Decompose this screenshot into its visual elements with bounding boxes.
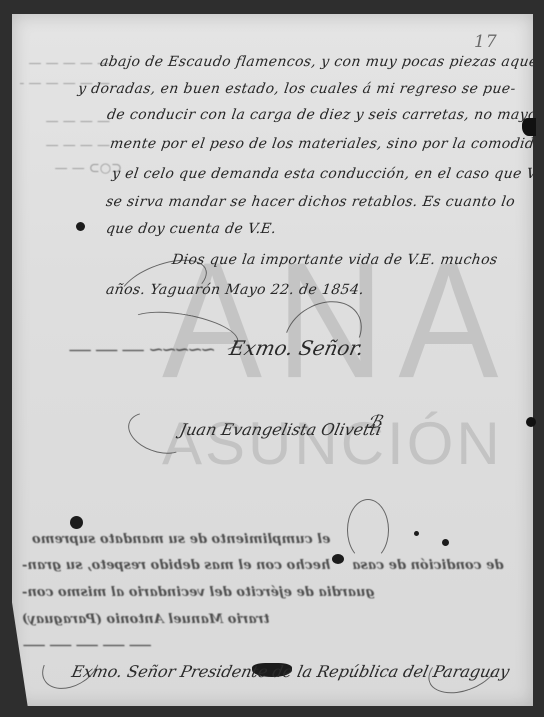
bleed-through-margin-5: ⊂○⊃ — — (32, 161, 122, 176)
flourish-loop (347, 499, 389, 561)
edge-tear-2 (526, 417, 536, 427)
salutation: Exmo. Señor. (227, 336, 366, 360)
body-line-5: y el celo que demanda esta conducción, e… (111, 166, 533, 182)
flourish-paraguay (422, 638, 504, 702)
manuscript-page: ANA ASUNCIÓN 17 — — — — — — — — — — — — … (12, 14, 533, 706)
flourish-senor (272, 288, 374, 383)
bleed-through-line-4: guardia de ejército del vecindario al mi… (22, 585, 375, 600)
ink-blot-3 (332, 554, 344, 564)
bleed-through-margin-1: — — — — — (20, 56, 110, 71)
bleed-through-margin-4: — — — — (20, 138, 110, 153)
bleed-through-line-3: de condición de casa (352, 558, 503, 573)
body-line-2: y doradas, en buen estado, los cuales á … (77, 81, 517, 97)
signature: Juan Evangelista Olivetti (178, 420, 383, 439)
bleed-through-line-1: el cumplimiento de su mandato supremo (32, 532, 330, 547)
bleed-through-margin-3: — — — — (20, 114, 110, 129)
edge-tear-1 (522, 118, 536, 136)
ink-blot-1 (76, 222, 85, 231)
body-line-7: que doy cuenta de V.E. (105, 221, 278, 237)
bleed-through-line-5: trario Manuel Antonio (Paraguay) (22, 612, 269, 627)
body-line-3: de conducir con la carga de diez y seis … (106, 107, 533, 123)
ink-blot-4 (414, 531, 419, 536)
bleed-through-line-2: hecho con el mas debido respeto, su gran… (22, 558, 330, 573)
body-line-8: Dios que la importante vida de V.E. much… (171, 252, 499, 268)
body-line-1: abajo de Escaudo flamencos, y con muy po… (99, 54, 533, 70)
ink-blot-5 (442, 539, 449, 546)
page-number: 17 (474, 32, 498, 52)
body-line-6: se sirva mandar se hacer dichos retablos… (105, 194, 516, 210)
body-line-4: mente por el peso de los materiales, sin… (109, 136, 533, 152)
bleed-through-salutation: ⁓⁓⁓⁓⁓ ⸺ ⸺ ⸺ (70, 339, 215, 358)
ink-blot-2 (70, 516, 83, 529)
flourish-signature (122, 405, 193, 462)
